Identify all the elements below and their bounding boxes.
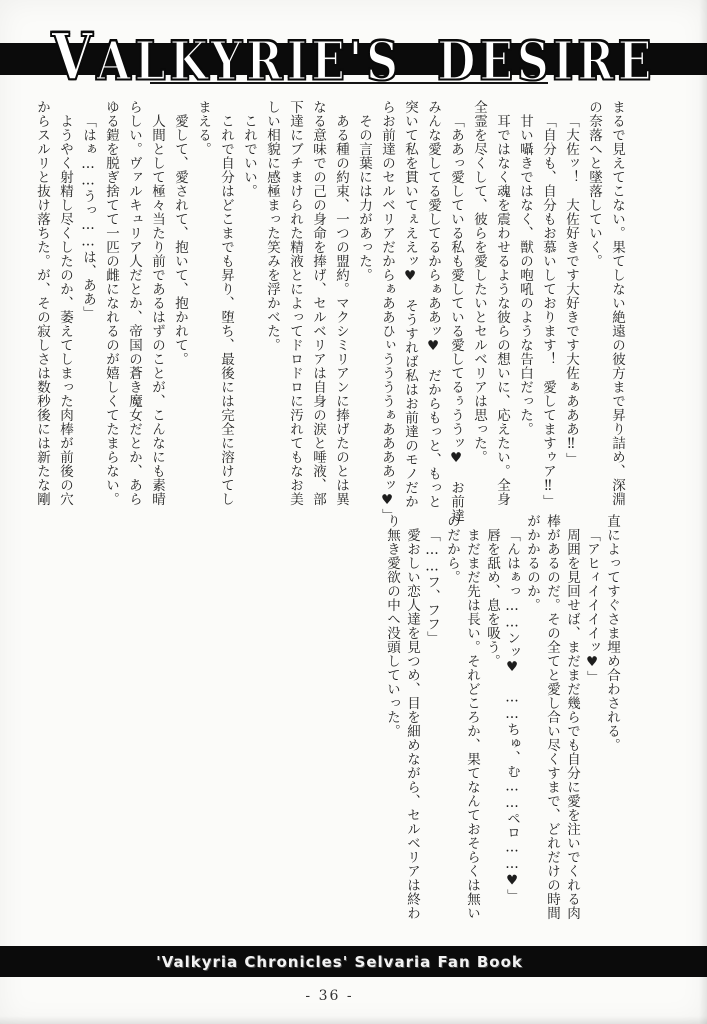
story-column: 「……フ、フフ」: [422, 514, 442, 942]
story-column: 下達にブチまけられた精液とによってドロドロに汚れてもなお美: [283, 100, 306, 530]
story-column: 「アヒィイイイイッ♥」: [582, 514, 602, 942]
story-column: らお前達のセルベリアだからぁああひぃううううぁああああッ♥」: [375, 100, 398, 530]
story-column: 愛おしい恋人達を見つめ、目を細めながら、セルベリアは終わ: [402, 514, 422, 942]
story-column: 耳ではなく魂を震わせるような彼らの想いに、応えたい。全身: [490, 100, 513, 530]
story-column: まえる。: [191, 100, 214, 530]
story-column: り無き愛欲の中へ没頭していった。: [382, 514, 402, 942]
story-block-top: まるで見えてこない。果てしない絶遠の彼方まで昇り詰め、深淵の奈落へと墜落していく…: [30, 100, 628, 530]
story-column: 周囲を見回せば、まだまだ幾らでも自分に愛を注いでくれる肉: [562, 514, 582, 942]
story-column: これでいい。: [237, 100, 260, 530]
story-column: 「大佐ッ！ 大佐好きです大好きです大佐ぁあああ‼」: [559, 100, 582, 530]
story-column: 突いて私を貫いてぇええッ♥ そうすれば私はお前達のモノだか: [398, 100, 421, 530]
footer-banner: 'Valkyria Chronicles' Selvaria Fan Book: [0, 946, 707, 977]
story-column: 棒があるのだ。その全てと愛し合い尽くすまで、どれだけの時間: [542, 514, 562, 942]
story-column: なる意味での己の身命を捧げ、セルベリアは自身の涙と唾液、部: [306, 100, 329, 530]
story-column: しい相貌に感極まった笑みを浮かべた。: [260, 100, 283, 530]
story-column: ようやく射精し尽くしたのか、萎えてしまった肉棒が前後の穴: [53, 100, 76, 530]
story-column: のだから。: [442, 514, 462, 942]
story-column: からスルリと抜け落ちた。が、その寂しさは数秒後には新たな剛: [30, 100, 53, 530]
story-column: 「ああっ愛している私も愛している愛してるぅううッ♥ お前達: [444, 100, 467, 530]
doujin-page: VALKYRIE'S DESIRE まるで見えてこない。果てしない絶遠の彼方まで…: [0, 0, 707, 1024]
story-column: 直によってすぐさま埋め合わされる。: [602, 514, 622, 942]
story-column: らしい。ヴァルキュリア人だとか、帝国の蒼き魔女だとか、あら: [122, 100, 145, 530]
story-column: まるで見えてこない。果てしない絶遠の彼方まで昇り詰め、深淵: [605, 100, 628, 530]
story-block-bottom: 直によってすぐさま埋め合わされる。「アヒィイイイイッ♥」周囲を見回せば、まだまだ…: [380, 514, 622, 942]
story-column: がかかるのか。: [522, 514, 542, 942]
story-column: 唇を舐め、息を吸う。: [482, 514, 502, 942]
story-column: 「自分も、自分もお慕いしております！ 愛してますゥア‼」: [536, 100, 559, 530]
story-column: ゆる鎧を脱ぎ捨てて一匹の雌になれるのが嬉しくてたまらない。: [99, 100, 122, 530]
story-column: これで自分はどこまでも昇り、堕ち、最後には完全に溶けてし: [214, 100, 237, 530]
story-column: その言葉には力があった。: [352, 100, 375, 530]
story-column: の奈落へと墜落していく。: [582, 100, 605, 530]
story-column: 人間として極々当たり前であるはずのことが、こんなにも素晴: [145, 100, 168, 530]
page-number: - 36 -: [0, 988, 707, 1004]
footer-banner-text: 'Valkyria Chronicles' Selvaria Fan Book: [156, 953, 523, 971]
story-column: まだまだ先は長い。それどころか、果てなんておそらくは無い: [462, 514, 482, 942]
story-column: 「んはぁっ……ンッ♥ ……ちゅ、む……ペロ……♥」: [502, 514, 522, 942]
story-column: 「はぁ……うっ……は、ああ」: [76, 100, 99, 530]
story-column: 甘い囁きではなく、獣の咆吼のような告白だった。: [513, 100, 536, 530]
story-column: ある種の約束、一つの盟約。マクシミリアンに捧げたのとは異: [329, 100, 352, 530]
story-column: みんな愛してる愛してるからぁああッ♥ だからもっと、もっと: [421, 100, 444, 530]
title-underline: [150, 82, 548, 84]
story-column: 全霊を尽くして、彼らを愛したいとセルベリアは思った。: [467, 100, 490, 530]
story-column: 愛して、愛されて、抱いて、抱かれて。: [168, 100, 191, 530]
